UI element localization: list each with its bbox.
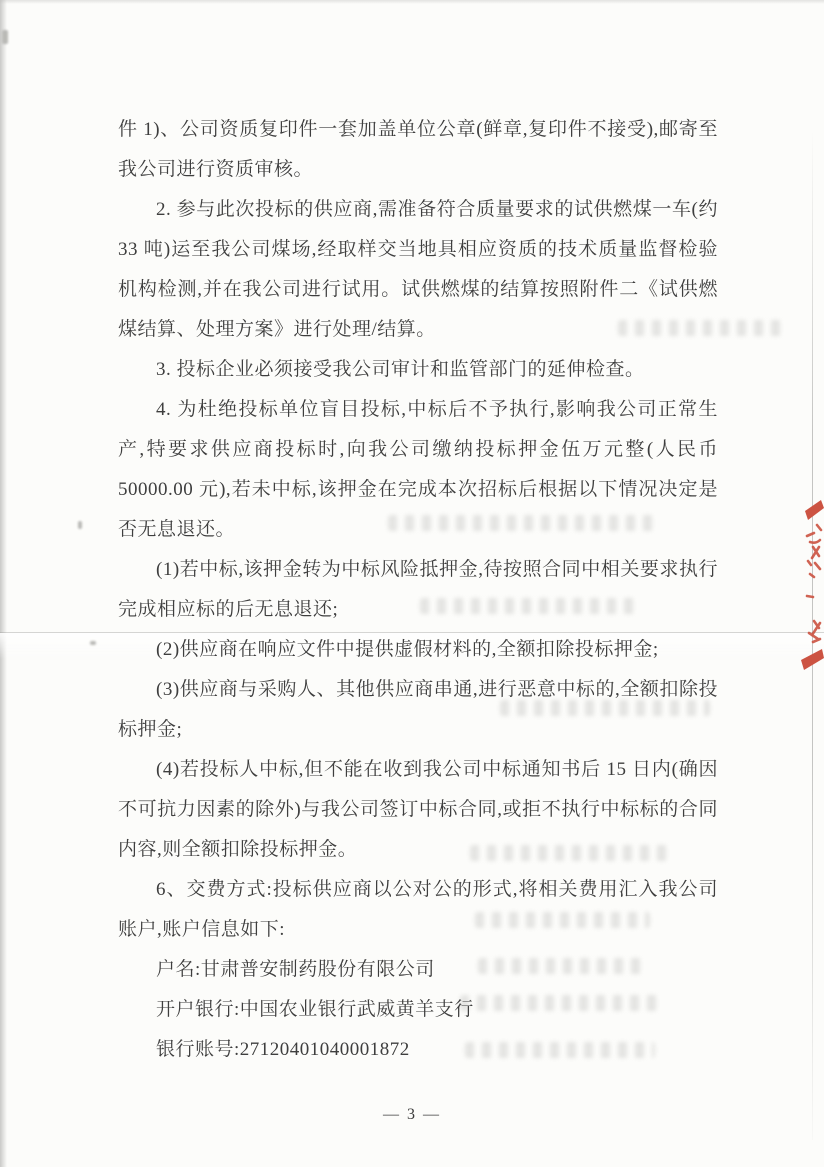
paragraph-item-6-payment: 6、交费方式:投标供应商以公对公的形式,将相关费用汇入我公司账户,账户信息如下: [118, 870, 718, 950]
scanned-document-page: 件 1)、公司资质复印件一套加盖单位公章(鲜章,复印件不接受),邮寄至我公司进行… [0, 0, 824, 1167]
paragraph-item-2: 2. 参与此次投标的供应商,需准备符合质量要求的试供燃煤一车(约 33 吨)运至… [118, 190, 718, 350]
scan-speck [78, 521, 82, 529]
paragraph-account-number: 银行账号:27120401040001872 [118, 1030, 718, 1070]
scan-edge-left [0, 0, 7, 1167]
paragraph-item-4: 4. 为杜绝投标单位盲目投标,中标后不予执行,影响我公司正常生产,特要求供应商投… [118, 390, 718, 550]
paragraph-continuation: 件 1)、公司资质复印件一套加盖单位公章(鲜章,复印件不接受),邮寄至我公司进行… [118, 110, 718, 190]
paragraph-account-holder: 户名:甘肃普安制药股份有限公司 [118, 950, 718, 990]
red-seal-fragment-icon [798, 495, 824, 685]
paragraph-sub-item-4: (4)若投标人中标,但不能在收到我公司中标通知书后 15 日内(确因不可抗力因素… [118, 750, 718, 870]
document-body: 件 1)、公司资质复印件一套加盖单位公章(鲜章,复印件不接受),邮寄至我公司进行… [118, 110, 718, 1070]
paragraph-sub-item-3: (3)供应商与采购人、其他供应商串通,进行恶意中标的,全额扣除投标押金; [118, 670, 718, 750]
scan-speck [90, 641, 96, 645]
scan-edge-top [0, 0, 824, 4]
scan-speck [2, 30, 8, 44]
paragraph-sub-item-1: (1)若中标,该押金转为中标风险抵押金,待按照合同中相关要求执行完成相应标的后无… [118, 550, 718, 630]
page-number: — 3 — [0, 1106, 824, 1124]
paragraph-account-bank: 开户银行:中国农业银行武威黄羊支行 [118, 990, 718, 1030]
paragraph-item-3: 3. 投标企业必须接受我公司审计和监管部门的延伸检查。 [118, 350, 718, 390]
paragraph-sub-item-2: (2)供应商在响应文件中提供虚假材料的,全额扣除投标押金; [118, 630, 718, 670]
